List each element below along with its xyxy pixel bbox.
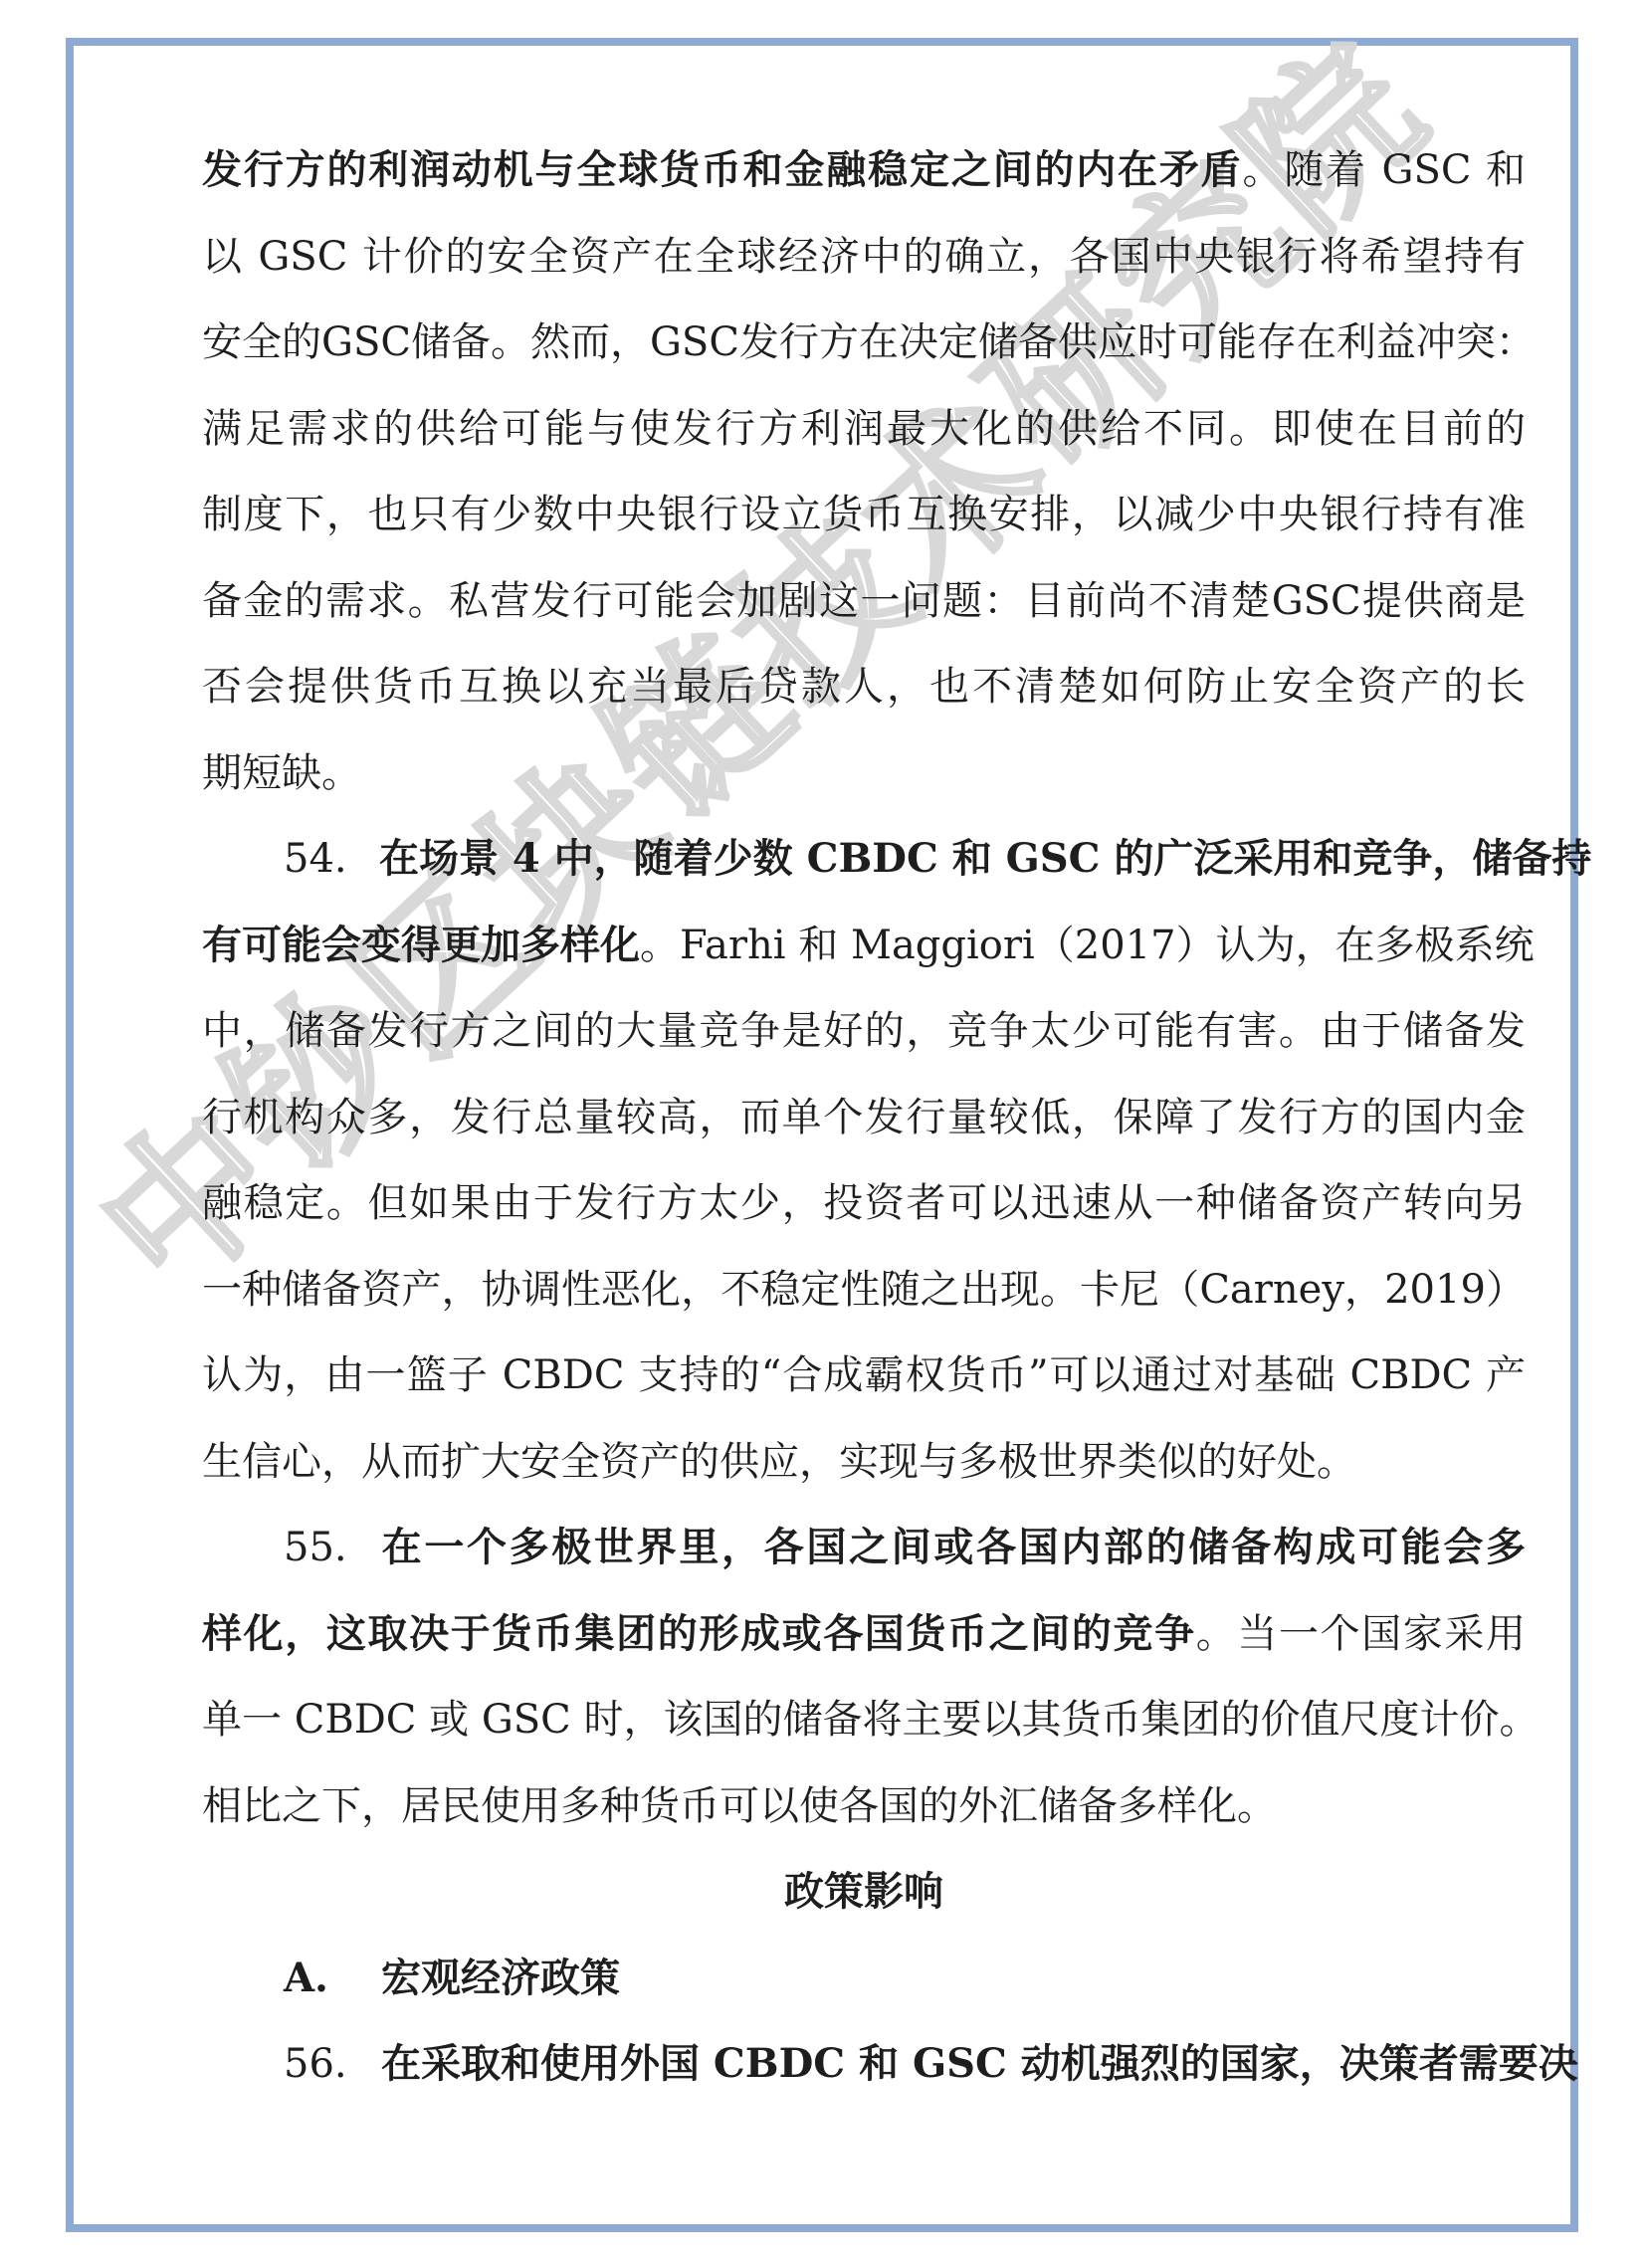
section-heading: 政策影响 [202,1862,1526,1922]
paragraph-line: 期短缺。 [202,743,1526,803]
body-text: 以 GSC 计价的安全资产在全球经济中的确立，各国中央银行将希望持有 [202,234,1526,280]
body-text: 单一 CBDC 或 GSC 时，该国的储备将主要以其货币集团的价值尺度计价。 [202,1697,1540,1743]
body-text: 融稳定。但如果由于发行方太少，投资者可以迅速从一种储备资产转向另 [202,1180,1526,1226]
body-text: 中，储备发行方之间的大量竞争是好的，竞争太少可能有害。由于储备发 [202,1008,1526,1054]
bold-text: 样化，这取决于货币集团的形成或各国货币之间的竞争 [202,1610,1196,1657]
body-text: 备金的需求。私营发行可能会加剧这一问题：目前尚不清楚GSC提供商是 [202,578,1526,624]
paragraph-55-line: 相比之下，居民使用多种货币可以使各国的外汇储备多样化。 [202,1776,1526,1836]
body-text: 相比之下，居民使用多种货币可以使各国的外汇储备多样化。 [202,1783,1277,1829]
paragraph-number: 55. [284,1518,379,1577]
paragraph-54-line: 生信心，从而扩大安全资产的供应，实现与多极世界类似的好处。 [202,1432,1526,1492]
paragraph-55-line: 样化，这取决于货币集团的形成或各国货币之间的竞争。当一个国家采用 [202,1604,1526,1664]
bold-text: 有可能会变得更加多样化 [202,922,640,968]
paragraph-line: 备金的需求。私营发行可能会加剧这一问题：目前尚不清楚GSC提供商是 [202,571,1526,631]
subsection-title: 宏观经济政策 [381,1955,620,2001]
subsection-label: A. [284,1949,381,2008]
paragraph-54-line: 行机构众多，发行总量较高，而单个发行量较低，保障了发行方的国内金 [202,1088,1526,1147]
body-text: 。随着 GSC 和 [1243,147,1527,193]
bold-text: 在一个多极世界里，各国之间或各国内部的储备构成可能会多 [379,1524,1526,1570]
paragraph-line: 发行方的利润动机与全球货币和金融稳定之间的内在矛盾。随着 GSC 和 [202,140,1526,200]
body-text: 制度下，也只有少数中央银行设立货币互换安排，以减少中央银行持有准 [202,492,1526,537]
paragraph-54-line: 有可能会变得更加多样化。Farhi 和 Maggiori（2017）认为，在多极… [202,916,1526,975]
paragraph-line: 制度下，也只有少数中央银行设立货币互换安排，以减少中央银行持有准 [202,485,1526,544]
paragraph-number: 56. [284,2034,381,2094]
bold-text: 在采取和使用外国 CBDC 和 GSC 动机强烈的国家，决策者需要决 [381,2040,1578,2087]
paragraph-line: 满足需求的供给可能与使发行方利润最大化的供给不同。即使在目前的 [202,399,1526,459]
paragraph-line: 以 GSC 计价的安全资产在全球经济中的确立，各国中央银行将希望持有 [202,227,1526,287]
paragraph-line: 安全的GSC储备。然而，GSC发行方在决定储备供应时可能存在利益冲突： [202,312,1526,372]
body-text: 期短缺。 [202,750,361,796]
body-text: 满足需求的供给可能与使发行方利润最大化的供给不同。即使在目前的 [202,406,1526,452]
paragraph-56-line: 56.在采取和使用外国 CBDC 和 GSC 动机强烈的国家，决策者需要决 [202,2034,1526,2094]
body-text: 行机构众多，发行总量较高，而单个发行量较低，保障了发行方的国内金 [202,1095,1526,1140]
paragraph-55-line: 55.在一个多极世界里，各国之间或各国内部的储备构成可能会多 [202,1518,1526,1577]
body-text: 否会提供货币互换以充当最后贷款人，也不清楚如何防止安全资产的长 [202,664,1526,710]
paragraph-number: 54. [284,829,379,889]
paragraph-54-line: 融稳定。但如果由于发行方太少，投资者可以迅速从一种储备资产转向另 [202,1173,1526,1233]
body-text: 。Farhi 和 Maggiori（2017）认为，在多极系统 [640,923,1535,968]
body-text: 。当一个国家采用 [1196,1611,1526,1657]
body-text: 安全的GSC储备。然而，GSC发行方在决定储备供应时可能存在利益冲突： [202,319,1536,365]
subsection-heading: A.宏观经济政策 [202,1949,1526,2008]
bold-text: 在场景 4 中，随着少数 CBDC 和 GSC 的广泛采用和竞争，储备持 [379,835,1591,882]
paragraph-54-line: 一种储备资产，协调性恶化，不稳定性随之出现。卡尼（Carney，2019） [202,1260,1526,1320]
paragraph-line: 否会提供货币互换以充当最后贷款人，也不清楚如何防止安全资产的长 [202,657,1526,717]
bold-text: 发行方的利润动机与全球货币和金融稳定之间的内在矛盾 [202,146,1243,193]
body-text: 一种储备资产，协调性恶化，不稳定性随之出现。卡尼（Carney，2019） [202,1267,1526,1313]
body-text: 生信心，从而扩大安全资产的供应，实现与多极世界类似的好处。 [202,1439,1356,1485]
paragraph-54-line: 认为，由一篮子 CBDC 支持的“合成霸权货币”可以通过对基础 CBDC 产 [202,1345,1526,1405]
body-text: 认为，由一篮子 CBDC 支持的“合成霸权货币”可以通过对基础 CBDC 产 [202,1352,1526,1398]
paragraph-54-line: 54.在场景 4 中，随着少数 CBDC 和 GSC 的广泛采用和竞争，储备持 [202,829,1526,889]
paragraph-55-line: 单一 CBDC 或 GSC 时，该国的储备将主要以其货币集团的价值尺度计价。 [202,1690,1526,1750]
paragraph-54-line: 中，储备发行方之间的大量竞争是好的，竞争太少可能有害。由于储备发 [202,1001,1526,1061]
